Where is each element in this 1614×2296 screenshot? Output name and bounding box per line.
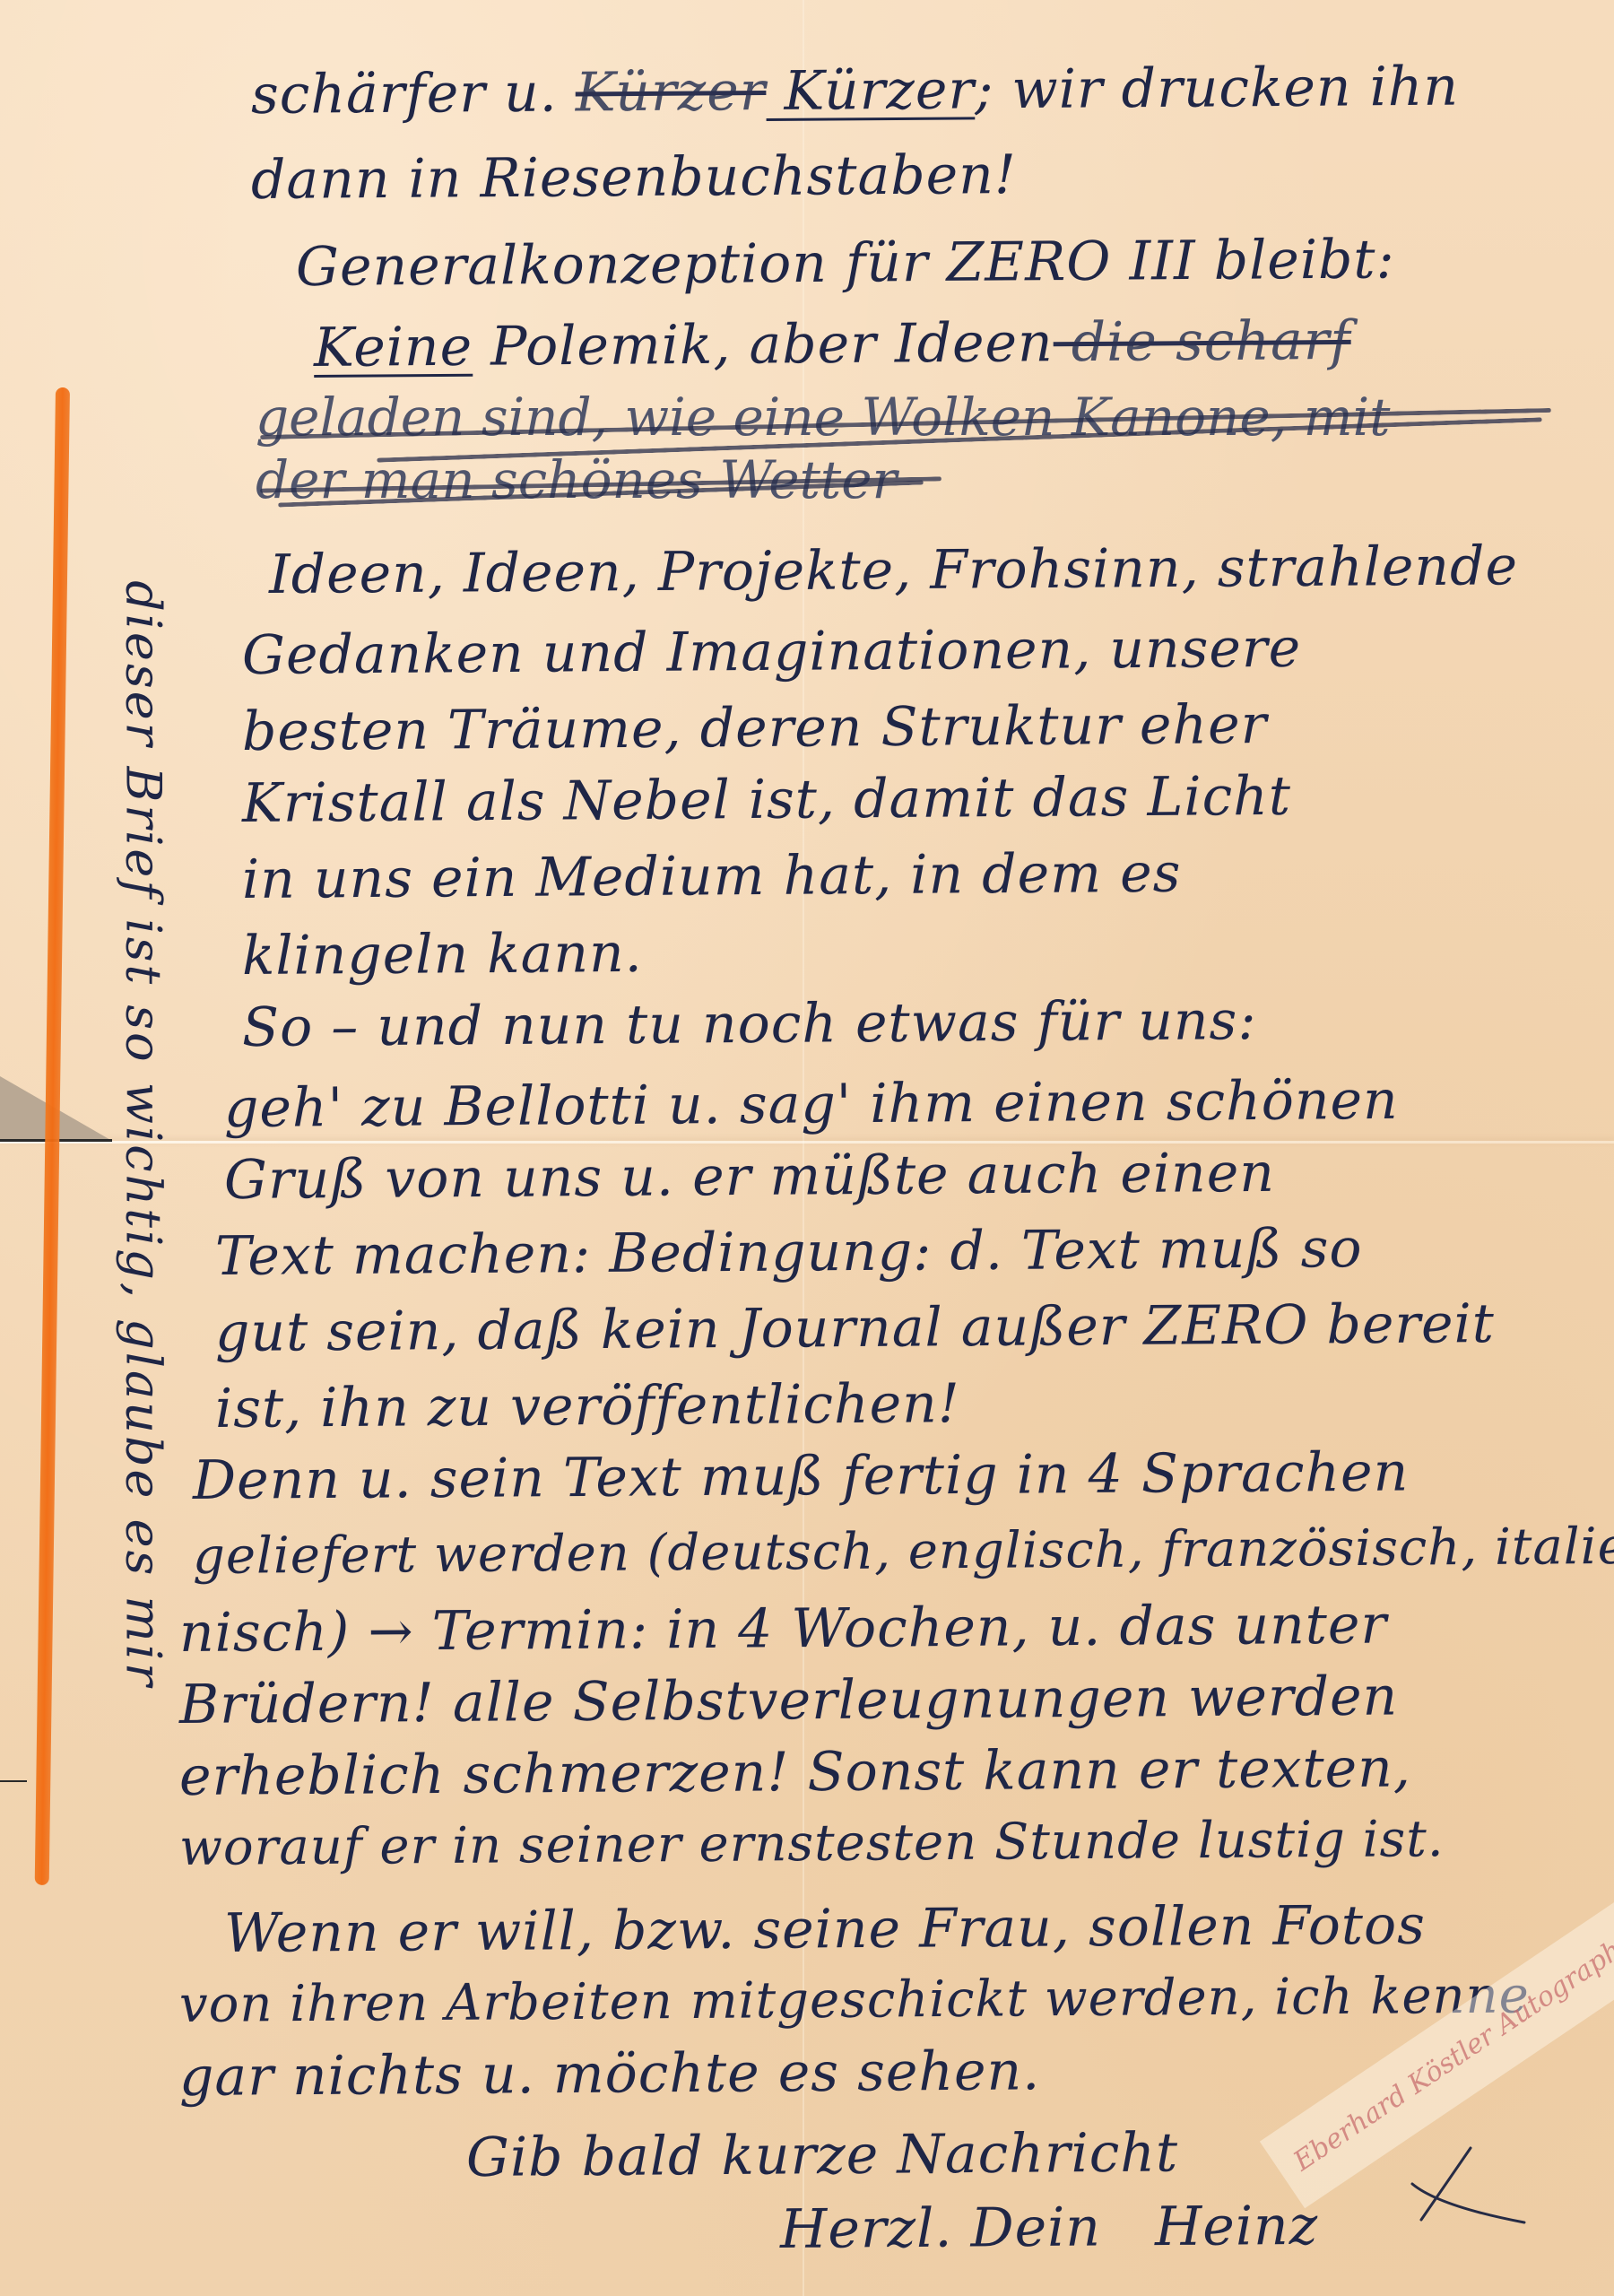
letter-line-1: schärfer u. Kürzer Kürzer; wir drucken i… xyxy=(251,55,1460,127)
letter-line-24: worauf er in seiner ernstesten Stunde lu… xyxy=(179,1807,1445,1881)
closing-greeting: Herzl. Dein Heinz xyxy=(780,2194,1319,2262)
signature-flourish-icon xyxy=(1385,2144,1529,2224)
letter-line-16: Text machen: Bedingung: d. Text muß so xyxy=(215,1216,1363,1289)
crossed-word: Kürzer xyxy=(575,60,766,124)
letter-line-21: nisch) → Termin: in 4 Wochen, u. das unt… xyxy=(179,1593,1388,1665)
letter-line-8: Gedanken und Imaginationen, unsere xyxy=(242,616,1302,688)
letter-line-17: gut sein, daß kein Journal außer ZERO be… xyxy=(215,1291,1495,1365)
letter-line-9: besten Träume, deren Struktur eher xyxy=(242,692,1268,764)
crossed-phrase: die scharf xyxy=(1053,309,1350,374)
letter-line-20: geliefert werden (deutsch, englisch, fra… xyxy=(193,1515,1614,1589)
letter-line-11: in uns ein Medium hat, in dem es xyxy=(242,841,1182,912)
letter-line-14: geh' zu Bellotti u. sag' ihm einen schön… xyxy=(224,1068,1399,1141)
underlined-keine: Keine xyxy=(314,316,473,379)
letter-line-25: Wenn er will, bzw. seine Frau, sollen Fo… xyxy=(224,1893,1426,1966)
letter-page: dieser Brief ist so wichtig, glaube es m… xyxy=(0,0,1614,2296)
letter-line-19: Denn u. sein Text muß fertig in 4 Sprach… xyxy=(193,1440,1410,1513)
letter-line-23: erheblich schmerzen! Sonst kann er texte… xyxy=(179,1735,1411,1809)
letter-line-15: Gruß von uns u. er müßte auch einen xyxy=(224,1141,1275,1213)
letter-line-7: Ideen, Ideen, Projekte, Frohsinn, strahl… xyxy=(269,534,1518,607)
signature-name: Heinz xyxy=(1155,2195,1319,2258)
letter-line-12: klingeln kann. xyxy=(242,921,643,988)
letter-line-13: So – und nun tu noch etwas für uns: xyxy=(242,988,1257,1060)
underlined-word: Kürzer xyxy=(766,58,975,123)
letter-line-10: Kristall als Nebel ist, damit das Licht xyxy=(242,764,1291,836)
letter-line-3: Generalkonzeption für ZERO III bleibt: xyxy=(296,227,1395,300)
letter-line-27: gar nichts u. möchte es sehen. xyxy=(179,2039,1041,2109)
letter-line-26: von ihren Arbeiten mitgeschickt werden, … xyxy=(179,1963,1530,2038)
letter-line-4: Keine Polemik, aber Ideen die scharf xyxy=(314,309,1351,380)
letter-line-22: Brüdern! alle Selbstverleugnungen werden xyxy=(179,1665,1399,1737)
letter-line-18: ist, ihn zu veröffentlichen! xyxy=(215,1371,960,1441)
letter-line-2: dann in Riesenbuchstaben! xyxy=(251,143,1017,213)
closing-line: Gib bald kurze Nachricht xyxy=(466,2120,1179,2190)
letter-body: schärfer u. Kürzer Kürzer; wir drucken i… xyxy=(0,0,1614,2296)
